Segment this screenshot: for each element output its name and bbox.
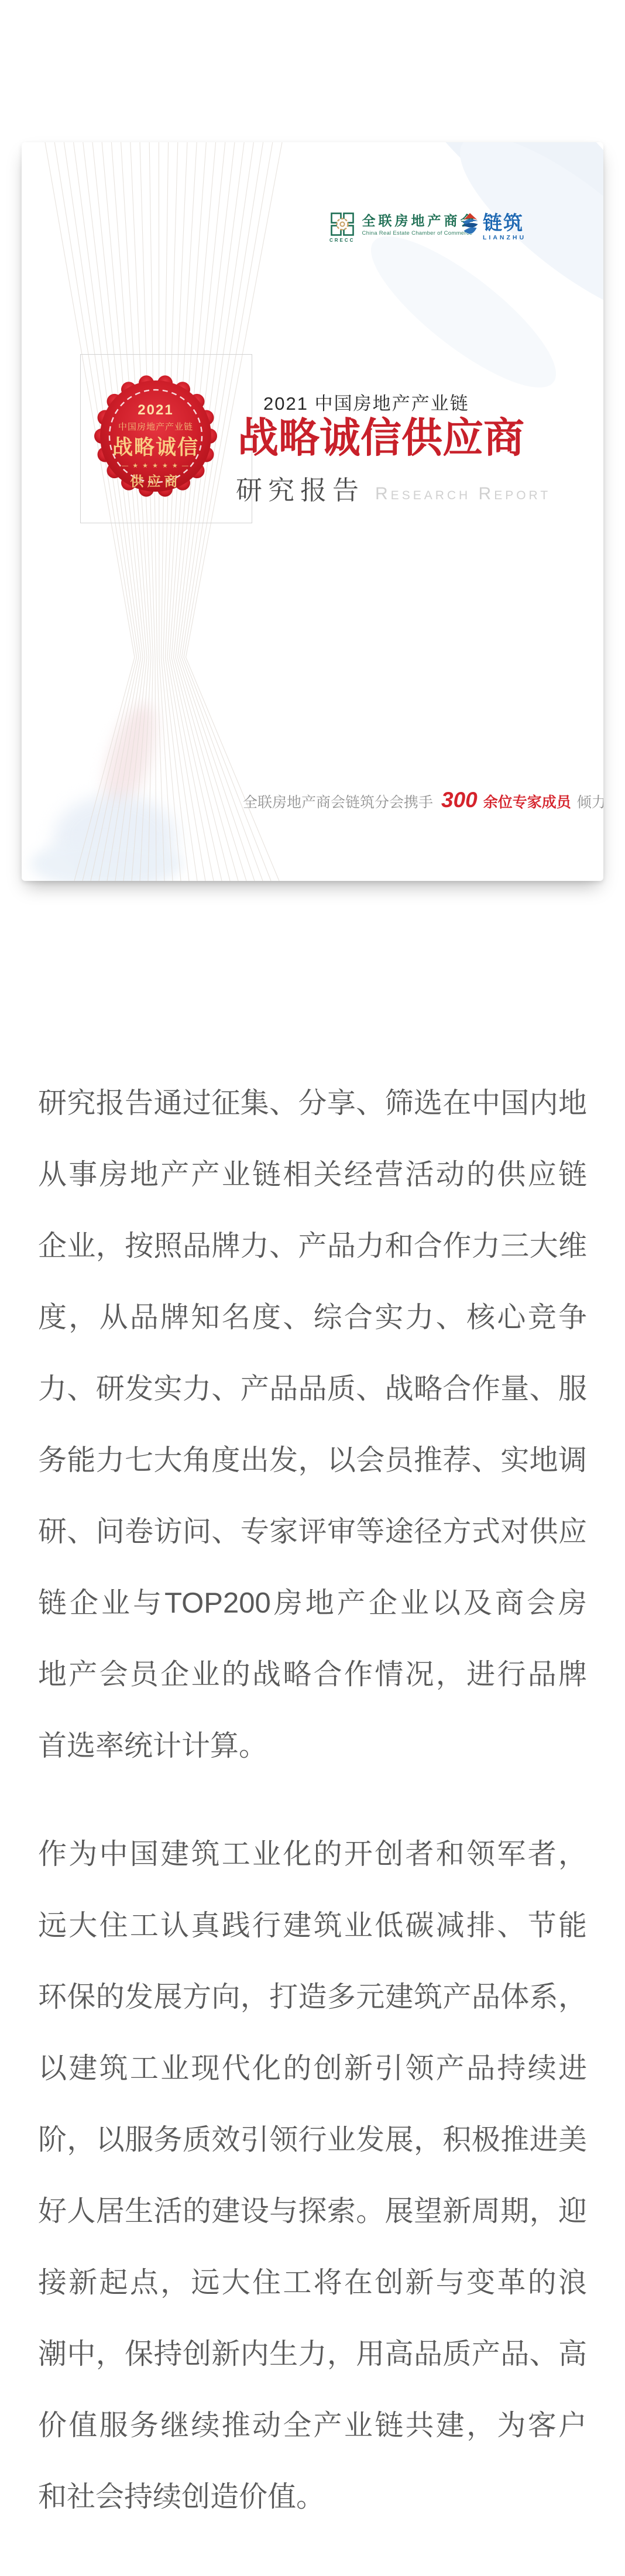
- paragraph: 作为中国建筑工业化的开创者和领军者，远大住工认真践行建筑业低碳减排、节能环保的发…: [38, 1819, 587, 2533]
- branch-name-en: LIANZHU: [483, 234, 526, 241]
- text-line: 潮中，保持创新内生力，用高品质产品、高: [38, 2318, 587, 2390]
- cover-subtitle-en: Research Report: [375, 484, 551, 504]
- text-line: 和社会持续创造价值。: [38, 2461, 587, 2533]
- org-name-cn: 全联房地产商会: [362, 212, 476, 229]
- text-line: 环保的发展方向，打造多元建筑产品体系，: [38, 1961, 587, 2033]
- text-line: 地产会员企业的战略合作情况，进行品牌: [38, 1639, 587, 1710]
- text-line: 研究报告通过征集、分享、筛选在中国内地: [38, 1068, 587, 1139]
- text-line: 以建筑工业现代化的创新引领产品持续进: [38, 2033, 587, 2104]
- tagline-highlight: 余位专家成员: [483, 791, 571, 812]
- text-line: 价值服务继续推动全产业链共建，为客户: [38, 2390, 587, 2461]
- article-page: CRECC 全联房地产商会 China Real Estate Chamber …: [0, 0, 625, 2576]
- crecc-letters: CRECC: [329, 238, 355, 243]
- org-name-en: China Real Estate Chamber of Commerce: [362, 230, 476, 236]
- text-line: 务能力七大角度出发，以会员推荐、实地调: [38, 1425, 587, 1496]
- article-body: 研究报告通过征集、分享、筛选在中国内地从事房地产产业链相关经营活动的供应链企业，…: [38, 1068, 587, 2533]
- cover-subtitle-row: 研究报告 Research Report: [236, 469, 551, 507]
- text-line: 首选率统计计算。: [38, 1710, 587, 1782]
- badge-line3: 供应商: [131, 474, 181, 489]
- text-line: 远大住工认真践行建筑业低碳减排、节能: [38, 1890, 587, 1961]
- branch-name-cn: 链筑: [483, 212, 526, 234]
- report-cover-image[interactable]: CRECC 全联房地产商会 China Real Estate Chamber …: [22, 142, 603, 881]
- text-line: 作为中国建筑工业化的开创者和领军者，: [38, 1819, 587, 1890]
- text-line: 阶，以服务质效引领行业发展，积极推进美: [38, 2104, 587, 2176]
- cover-title: 战略诚信供应商: [238, 416, 524, 459]
- cover-kicker: 2021 中国房地产产业链: [263, 389, 469, 415]
- cover-subtitle-cn: 研究报告: [236, 469, 365, 507]
- tagline-prefix: 全联房地产商会链筑分会携手: [243, 791, 433, 812]
- text-line: 度，从品牌知名度、综合实力、核心竞争: [38, 1282, 587, 1353]
- text-line: 接新起点，远大住工将在创新与变革的浪: [38, 2247, 587, 2318]
- org-logo-crecc: CRECC 全联房地产商会 China Real Estate Chamber …: [329, 212, 476, 243]
- text-line: 研、问卷访问、专家评审等途径方式对供应: [38, 1496, 587, 1567]
- tagline-suffix: 倾力打造: [577, 791, 603, 812]
- cover-tagline: 全联房地产商会链筑分会携手 300 余位专家成员 倾力打造: [243, 788, 603, 812]
- paragraph: 研究报告通过征集、分享、筛选在中国内地从事房地产产业链相关经营活动的供应链企业，…: [38, 1068, 587, 1782]
- badge-title: 战略诚信: [112, 435, 199, 459]
- crecc-logo-icon: [331, 212, 354, 236]
- badge-year: 2021: [138, 402, 173, 418]
- text-line: 链企业与TOP200房地产企业以及商会房: [38, 1567, 587, 1639]
- tagline-number: 300: [441, 788, 478, 812]
- text-line: 力、研发实力、产品品质、战略合作量、服: [38, 1353, 587, 1425]
- lianzhu-logo-icon: [461, 212, 479, 237]
- award-badge-seal: 2021 中国房地产产业链 战略诚信 — ★ ★ ★ ★ ★ — 供应商: [94, 375, 217, 498]
- badge-line1: 中国房地产产业链: [118, 421, 193, 432]
- text-line: 企业，按照品牌力、产品力和合作力三大维: [38, 1210, 587, 1282]
- text-line: 好人居生活的建设与探索。展望新周期，迎: [38, 2176, 587, 2247]
- branch-logo-lianzhu: 链筑 LIANZHU: [461, 212, 526, 241]
- text-line: 从事房地产产业链相关经营活动的供应链: [38, 1139, 587, 1210]
- badge-stars: — ★ ★ ★ ★ ★ —: [122, 462, 190, 469]
